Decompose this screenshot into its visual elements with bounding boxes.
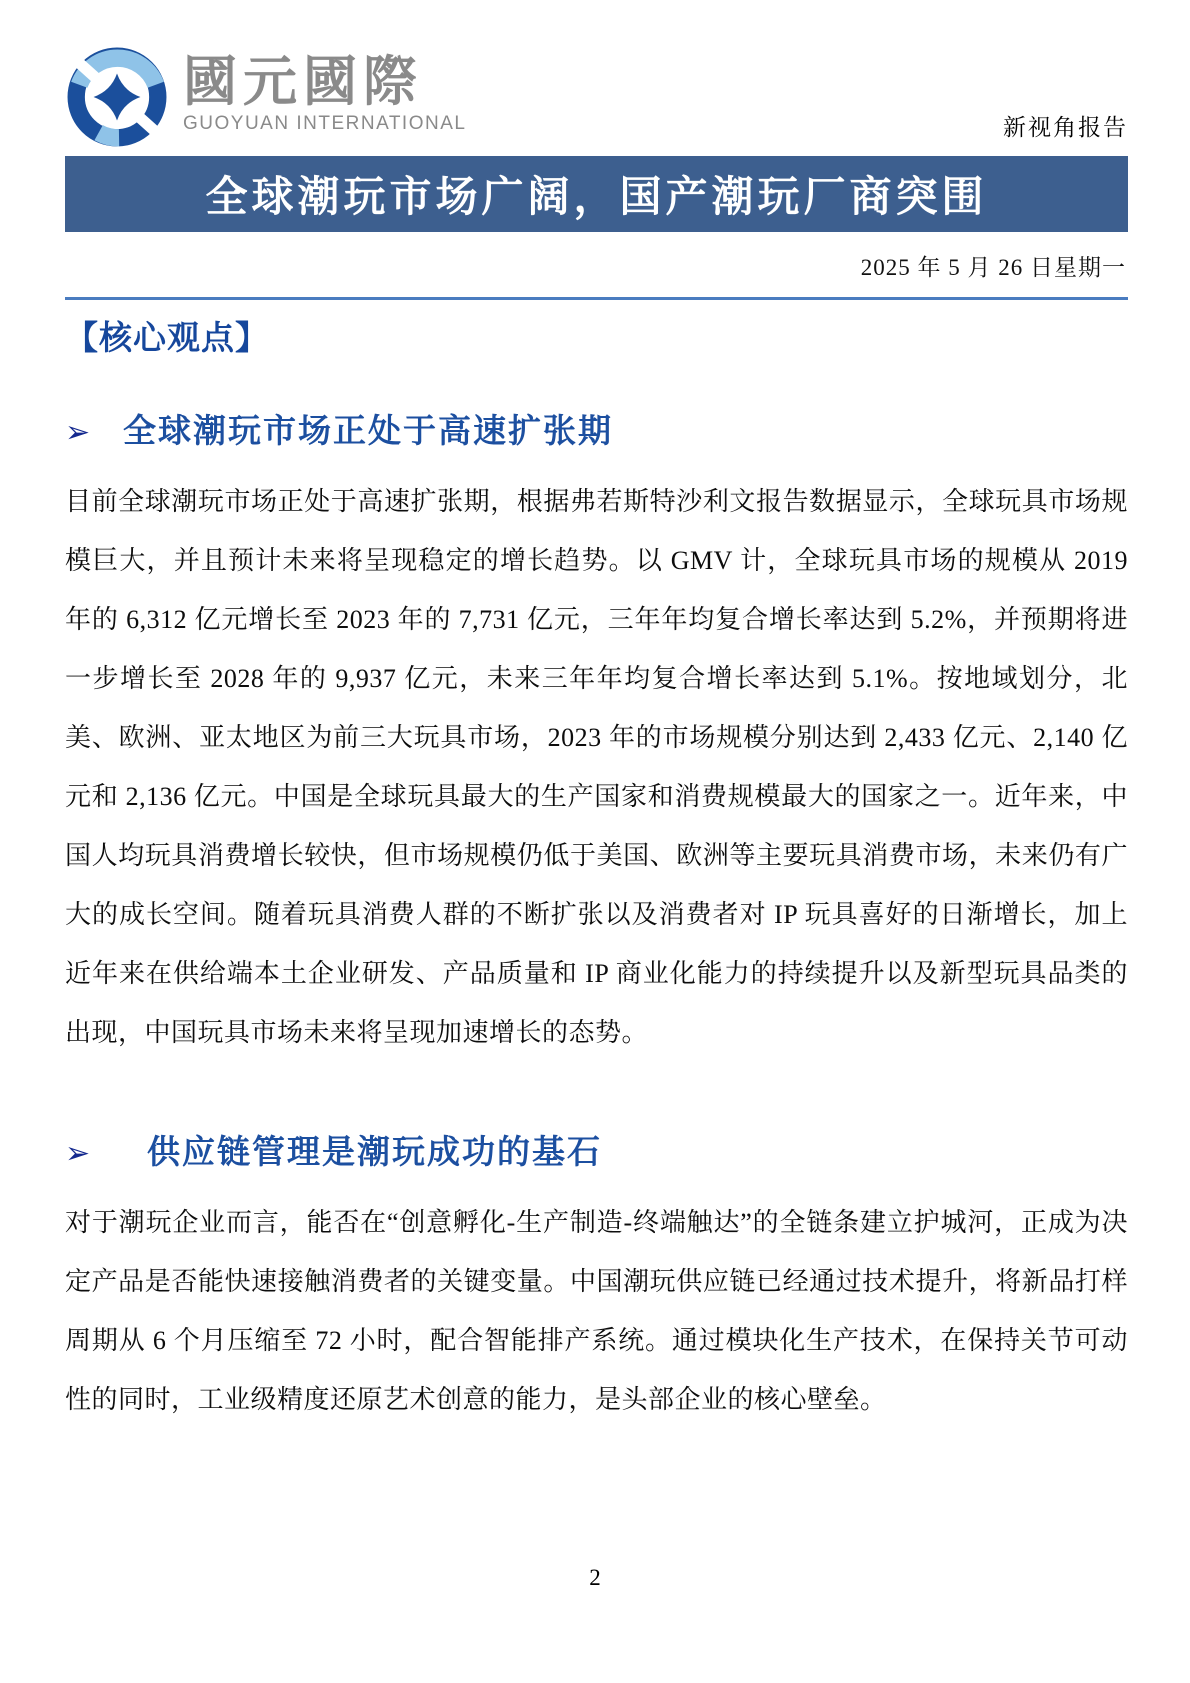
brand: 國元國際 GUOYUAN INTERNATIONAL (65, 46, 466, 148)
section-body-supply: 对于潮玩企业而言，能否在“创意孵化-生产制造-终端触达”的全链条建立护城河，正成… (65, 1193, 1128, 1429)
page-footer: 2 (0, 1565, 1190, 1591)
guoyuan-logo-icon (65, 46, 169, 148)
report-date: 2025 年 5 月 26 日星期一 (861, 255, 1126, 280)
report-page: 國元國際 GUOYUAN INTERNATIONAL 新视角报告 全球潮玩市场广… (0, 0, 1190, 1683)
section-body-market: 目前全球潮玩市场正处于高速扩张期，根据弗若斯特沙利文报告数据显示，全球玩具市场规… (65, 472, 1128, 1062)
bullet-heading-row: ➢ 供应链管理是潮玩成功的基石 (65, 1126, 1128, 1173)
section-supply-chain: ➢ 供应链管理是潮玩成功的基石 对于潮玩企业而言，能否在“创意孵化-生产制造-终… (65, 1126, 1128, 1429)
report-title: 全球潮玩市场广阔，国产潮玩厂商突围 (205, 164, 987, 224)
arrow-bullet-icon: ➢ (65, 1136, 123, 1171)
section-market-expansion: ➢ 全球潮玩市场正处于高速扩张期 目前全球潮玩市场正处于高速扩张期，根据弗若斯特… (65, 405, 1128, 1062)
core-view-heading: 【核心观点】 (65, 312, 1128, 359)
title-banner: 全球潮玩市场广阔，国产潮玩厂商突围 (65, 156, 1128, 232)
section-heading-supply: 供应链管理是潮玩成功的基石 (147, 1126, 602, 1173)
brand-name-cn: 國元國際 (183, 53, 466, 111)
section-heading-market: 全球潮玩市场正处于高速扩张期 (123, 405, 613, 452)
brand-name-en: GUOYUAN INTERNATIONAL (183, 113, 466, 135)
date-row: 2025 年 5 月 26 日星期一 (65, 232, 1128, 297)
header-divider (65, 297, 1128, 300)
brand-text: 國元國際 GUOYUAN INTERNATIONAL (183, 53, 466, 141)
bullet-heading-row: ➢ 全球潮玩市场正处于高速扩张期 (65, 405, 1128, 452)
report-tag: 新视角报告 (1003, 109, 1128, 148)
arrow-bullet-icon: ➢ (65, 415, 123, 450)
page-number: 2 (589, 1565, 601, 1590)
report-header: 國元國際 GUOYUAN INTERNATIONAL 新视角报告 (65, 46, 1128, 148)
